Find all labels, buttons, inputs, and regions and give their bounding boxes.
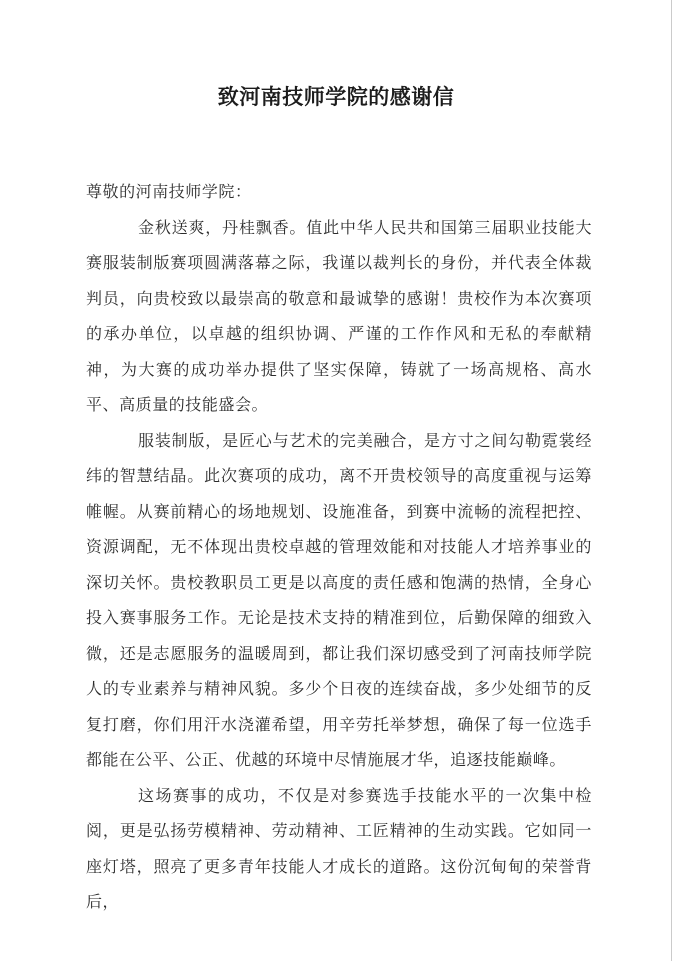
- document-page: 致河南技师学院的感谢信 尊敬的河南技师学院： 金秋送爽，丹桂飘香。值此中华人民共…: [0, 0, 676, 961]
- letter-paragraph-2: 服装制版，是匠心与艺术的完美融合，是方寸之间勾勒霓裳经纬的智慧结晶。此次赛项的成…: [86, 424, 592, 779]
- page-edge-line: [671, 0, 672, 961]
- document-title: 致河南技师学院的感谢信: [0, 84, 672, 110]
- letter-salutation: 尊敬的河南技师学院：: [86, 175, 592, 211]
- letter-body: 尊敬的河南技师学院： 金秋送爽，丹桂飘香。值此中华人民共和国第三届职业技能大赛服…: [86, 175, 592, 921]
- letter-paragraph-1: 金秋送爽，丹桂飘香。值此中华人民共和国第三届职业技能大赛服装制版赛项圆满落幕之际…: [86, 211, 592, 424]
- letter-paragraph-3: 这场赛事的成功，不仅是对参赛选手技能水平的一次集中检阅，更是弘扬劳模精神、劳动精…: [86, 779, 592, 921]
